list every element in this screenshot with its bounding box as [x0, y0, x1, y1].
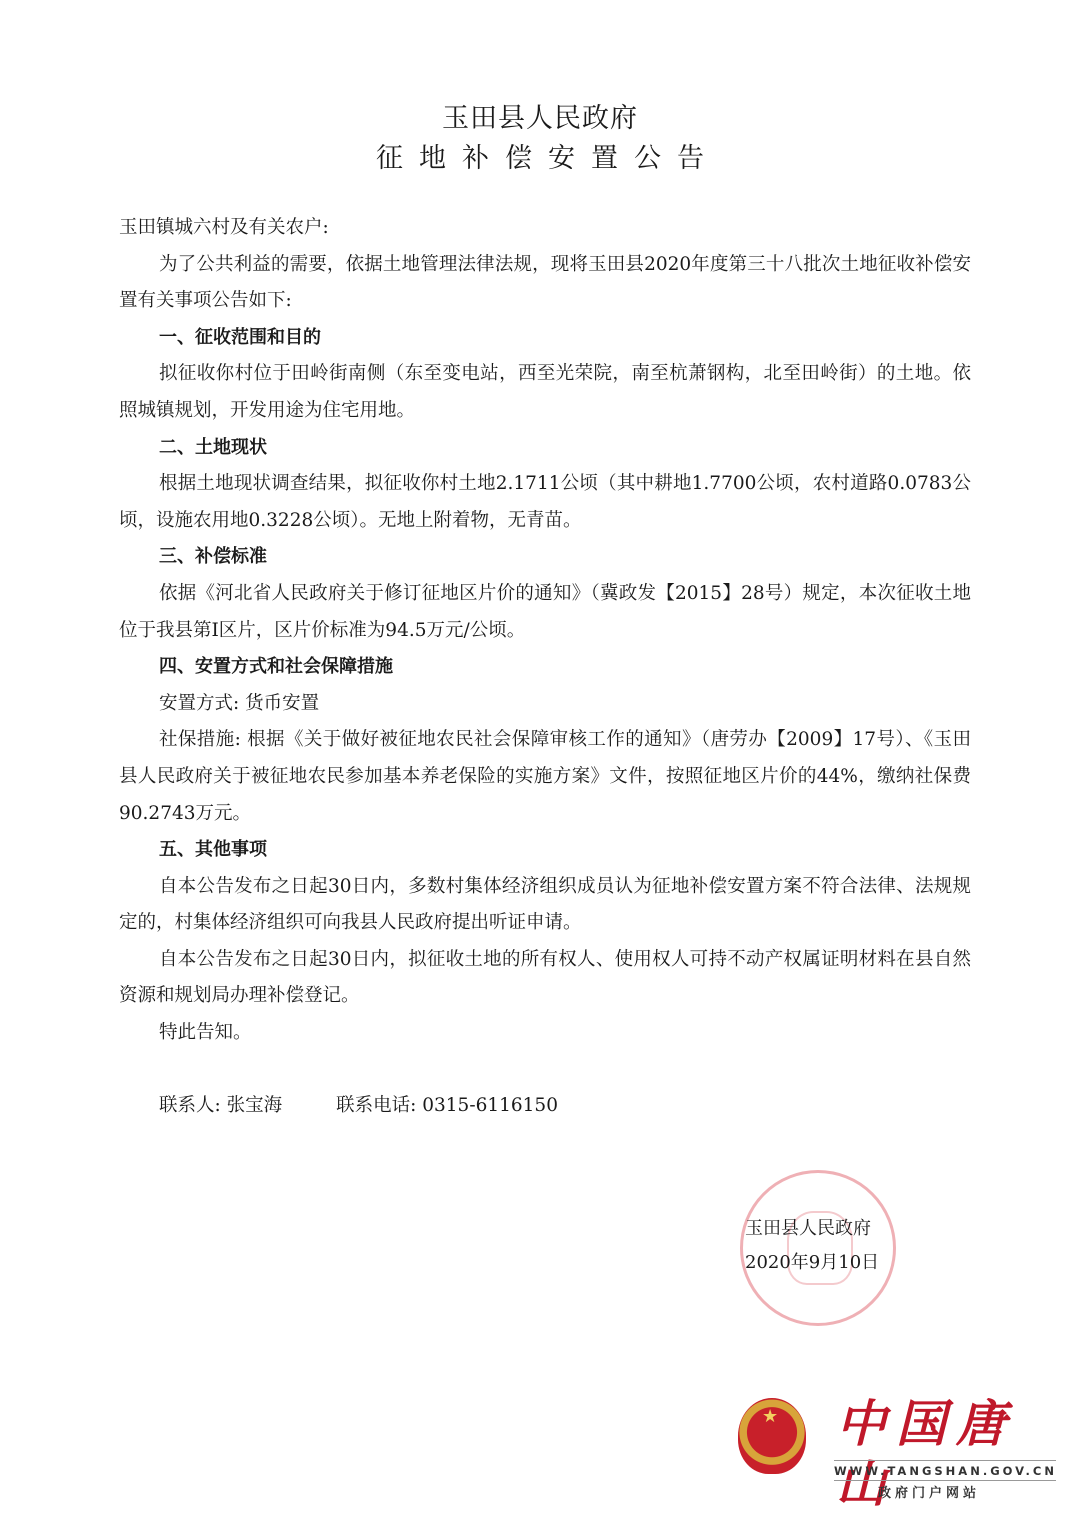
section-paragraph: 自本公告发布之日起30日内，多数村集体经济组织成员认为征地补偿安置方案不符合法律…: [119, 869, 971, 942]
star-icon: ★: [762, 1408, 778, 1426]
section-heading-compensation: 三、补偿标准: [119, 539, 971, 576]
salutation: 玉田镇城六村及有关农户:: [119, 210, 971, 247]
document-title: 征地补偿安置公告: [0, 136, 1080, 175]
section-paragraph: 拟征收你村位于田岭街南侧（东至变电站，西至光荣院，南至杭萧钢构，北至田岭街）的土…: [119, 356, 971, 429]
logo-subtitle: 政府门户网站: [878, 1482, 980, 1501]
section-heading-land-status: 二、土地现状: [119, 430, 971, 467]
section-heading-other: 五、其他事项: [119, 832, 971, 869]
section-paragraph: 安置方式: 货币安置: [119, 686, 971, 723]
document-body: 玉田镇城六村及有关农户: 为了公共利益的需要，依据土地管理法律法规，现将玉田县2…: [119, 210, 971, 1124]
section-heading-scope: 一、征收范围和目的: [119, 320, 971, 357]
issuer-title: 玉田县人民政府: [0, 96, 1080, 135]
section-paragraph: 根据土地现状调查结果，拟征收你村土地2.1711公顷（其中耕地1.7700公顷，…: [119, 466, 971, 539]
section-paragraph: 自本公告发布之日起30日内，拟征收土地的所有权人、使用权人可持不动产权属证明材料…: [119, 942, 971, 1015]
divider: [834, 1460, 1056, 1461]
divider: [834, 1480, 1056, 1481]
logo-url: WWW.TANGSHAN.GOV.CN: [834, 1464, 1057, 1478]
contact-person: 联系人: 张宝海: [159, 1095, 282, 1116]
national-emblem-icon: ★: [738, 1398, 806, 1474]
contact-line: 联系人: 张宝海联系电话: 0315-6116150: [119, 1088, 971, 1125]
signature-date: 2020年9月10日: [745, 1246, 879, 1280]
footer-logo: ★ 中国唐山 WWW.TANGSHAN.GOV.CN 政府门户网站: [738, 1392, 1058, 1502]
section-paragraph: 依据《河北省人民政府关于修订征地区片价的通知》（冀政发【2015】28号）规定，…: [119, 576, 971, 649]
section-paragraph: 社保措施: 根据《关于做好被征地农民社会保障审核工作的通知》（唐劳办【2009】…: [119, 722, 971, 832]
signature-issuer: 玉田县人民政府: [745, 1212, 879, 1246]
section-heading-resettlement: 四、安置方式和社会保障措施: [119, 649, 971, 686]
signature-block: 玉田县人民政府 2020年9月10日: [745, 1212, 879, 1280]
spacer: [119, 1052, 971, 1088]
intro-paragraph: 为了公共利益的需要，依据土地管理法律法规，现将玉田县2020年度第三十八批次土地…: [119, 247, 971, 320]
contact-phone: 联系电话: 0315-6116150: [336, 1095, 558, 1116]
closing-line: 特此告知。: [119, 1015, 971, 1052]
